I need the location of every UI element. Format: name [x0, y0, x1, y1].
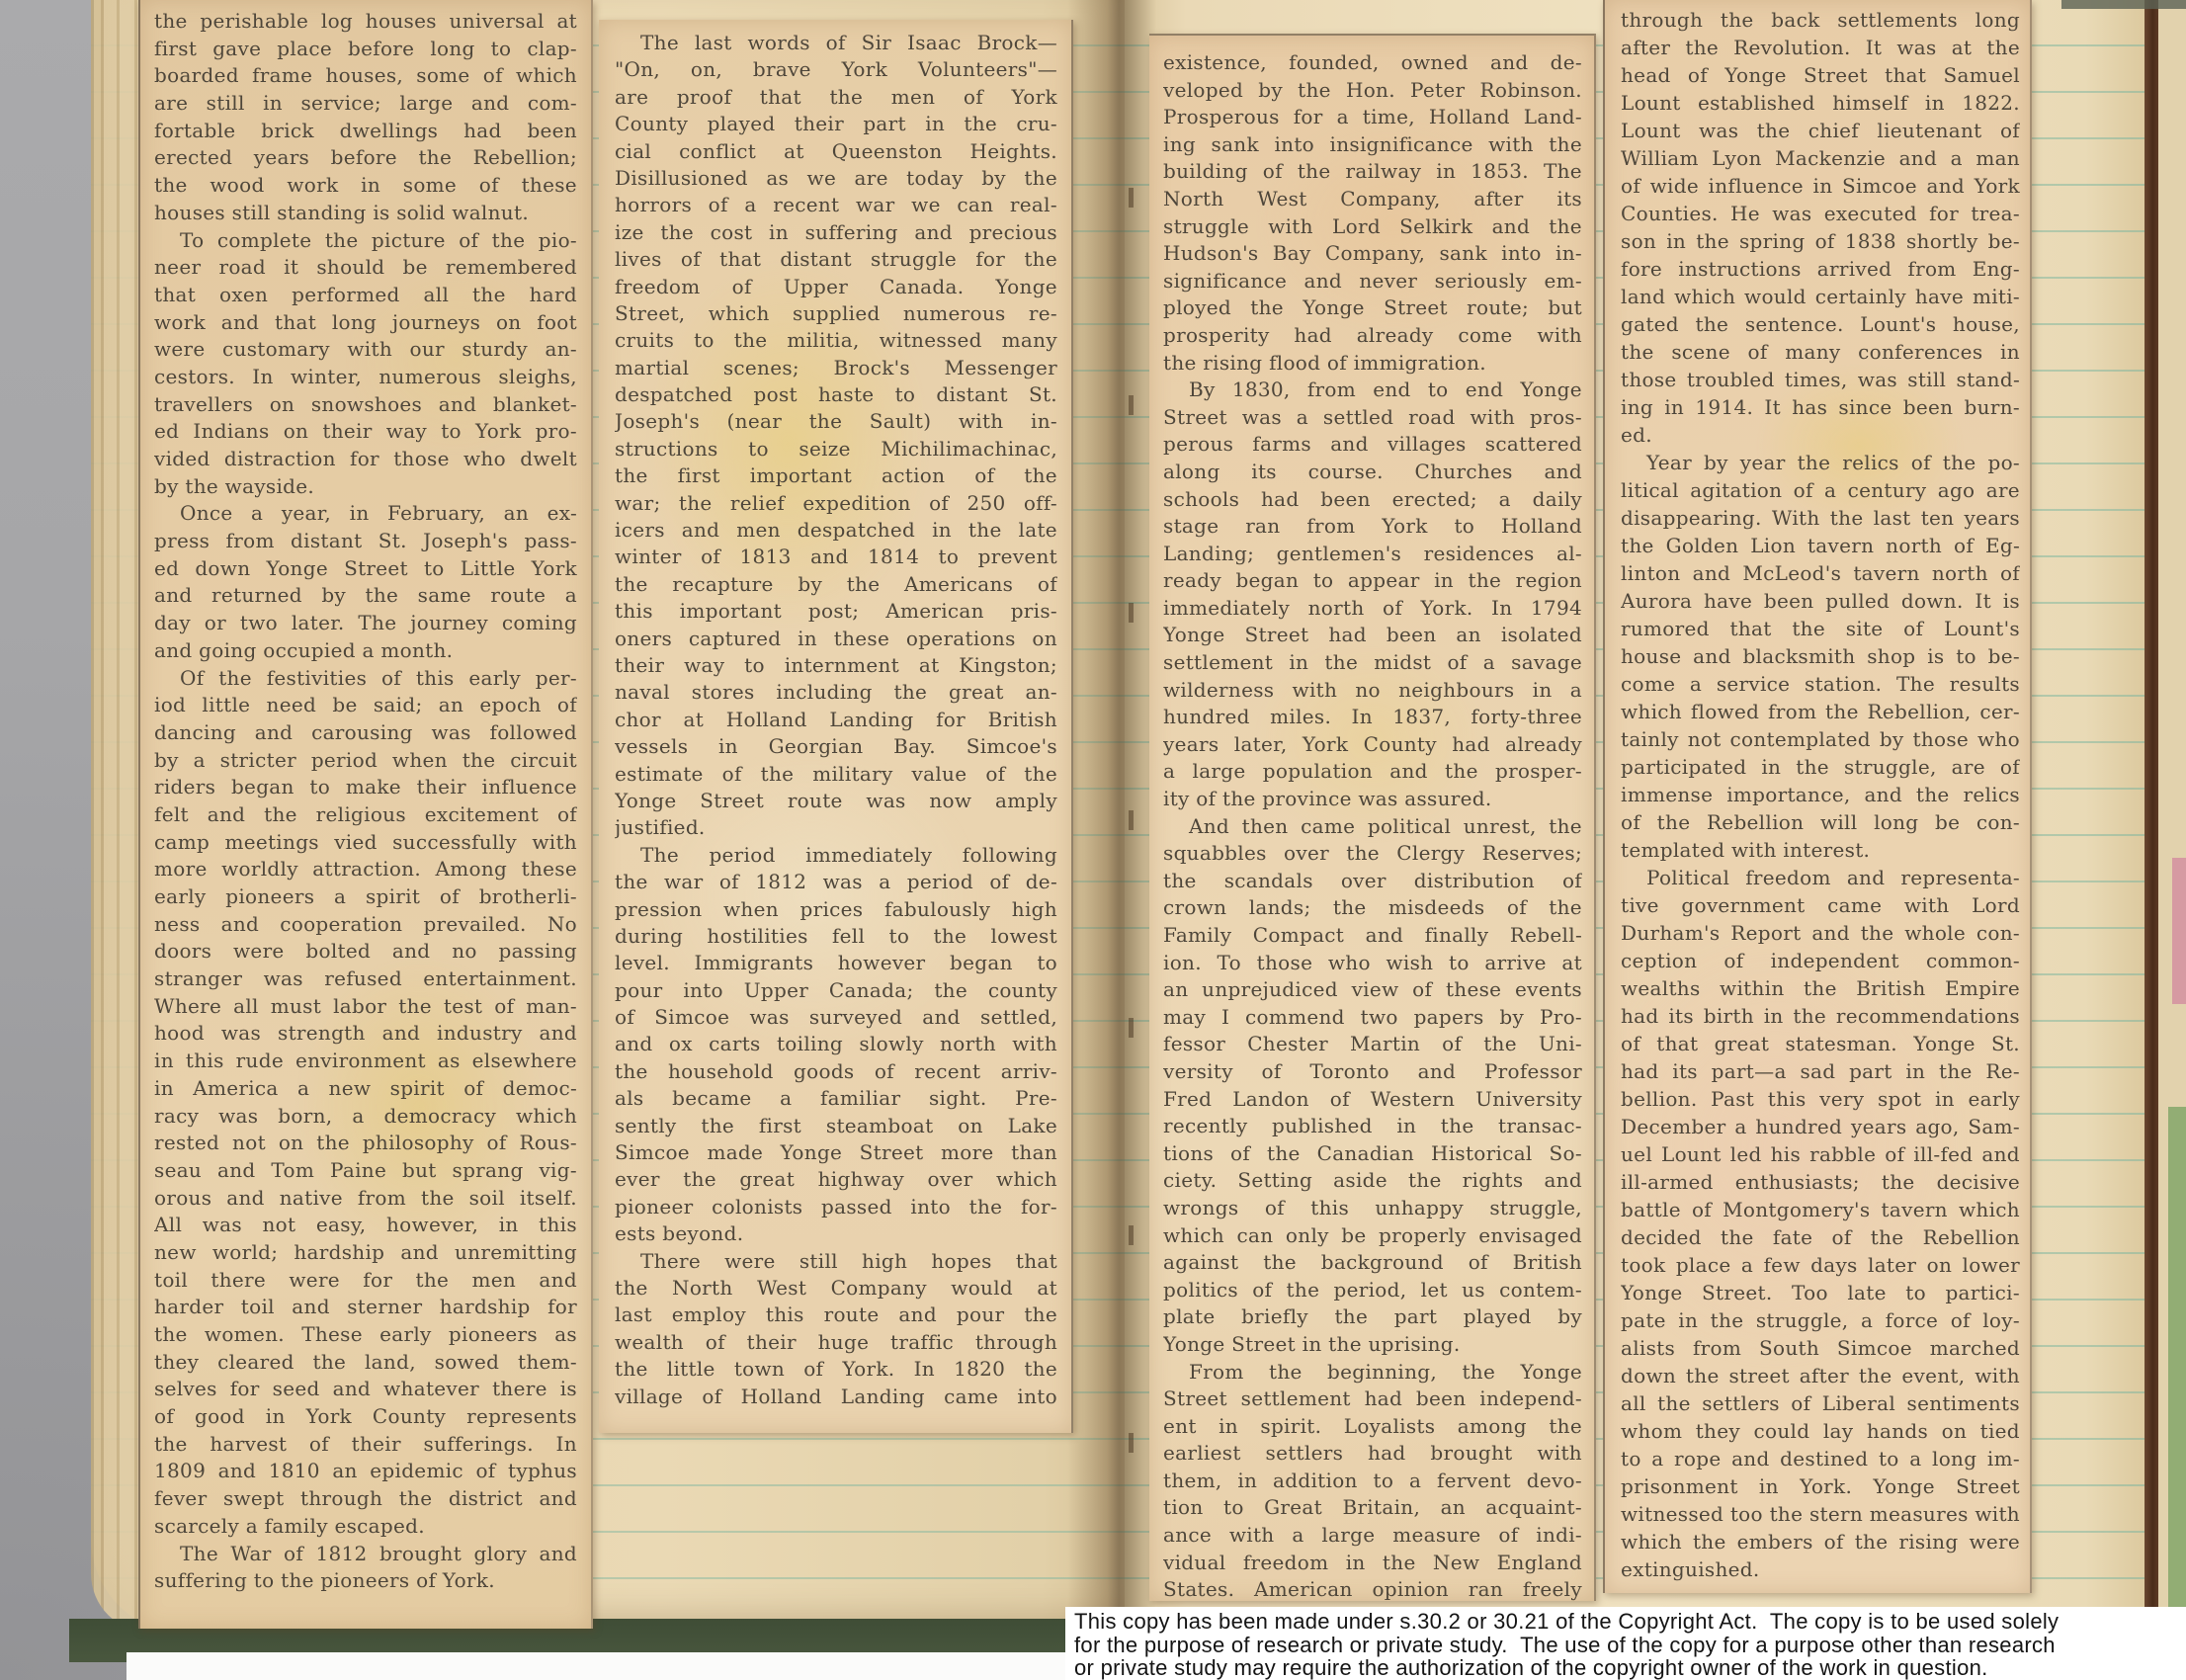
clipping-line: vesselsinGeorgianBay.Simcoe's [615, 733, 1057, 760]
clipping-line: pressfromdistantSt.Joseph'spass- [154, 528, 577, 555]
clipping-line: alargepopulationandtheprosper- [1163, 758, 1582, 786]
clipping-line: theperishableloghousesuniversalat [154, 8, 577, 36]
clipping-line: Countyplayedtheirpartinthecru- [615, 111, 1057, 137]
clipping-line: videddistractionforthosewhodwelt [154, 446, 577, 473]
clipping-line: hoodwasstrengthandindustryand [154, 1020, 577, 1048]
clipping-line: gatedthesentence.Lount'shouse, [1621, 310, 2020, 338]
clipping-line: Prosperousforatime,HollandLand- [1163, 104, 1582, 131]
clipping-line: Streetwasasettledroadwithpros- [1163, 404, 1582, 432]
clipping-line: tivegovernmentcamewithLord [1621, 891, 2020, 919]
clipping-line: Joseph's(neartheSault)within- [615, 408, 1057, 435]
clipping-line: moreworldlyattraction.Amongthese [154, 856, 577, 883]
clipping-line: landwhichwouldcertainlyhavemiti- [1621, 283, 2020, 310]
clipping-line: Onceayear,inFebruary,anex- [154, 500, 577, 528]
clipping-line: houseandblacksmithshopistobe- [1621, 642, 2020, 670]
clipping-line: toaropeanddestinedtoalongim- [1621, 1445, 2020, 1472]
clipping-line: pateinthestruggle,aforceofloy- [1621, 1306, 2020, 1334]
clipping-line: prisonmentinYork.YongeStreet [1621, 1472, 2020, 1500]
clipping-line: participatedinthestruggle,areof [1621, 753, 2020, 781]
clipping-line: villageofHollandLandingcameinto [615, 1384, 1057, 1410]
clipping-line: platebrieflythepartplayedby [1163, 1303, 1582, 1331]
clipping-line: ofthatgreatstatesman.YongeSt. [1621, 1030, 2020, 1057]
clipping-line: strugglewithLordSelkirkandthe [1163, 213, 1582, 241]
clipping-line: martialscenes;Brock'sMessenger [615, 355, 1057, 381]
copyright-notice: This copy has been made under s.30.2 or … [1065, 1607, 2186, 1680]
clipping-line: boardedframehouses,someofwhich [154, 62, 577, 90]
clipping-line: Counties.Hewasexecutedfortrea- [1621, 200, 2020, 227]
clipping-line: restednotonthephilosophyofRous- [154, 1130, 577, 1157]
clipping-line: duringhostilitiesfelltothelowest [615, 923, 1057, 950]
clipping-line: haditspart—asadpartintheRe- [1621, 1057, 2020, 1085]
clipping-line: YongeStreet.Toolatetopartici- [1621, 1279, 2020, 1306]
clipping-line: recentlypublishedinthetransac- [1163, 1113, 1582, 1140]
clipping-line: ed. [1621, 421, 2020, 449]
clipping-line: Yearbyyeartherelicsofthepo- [1621, 449, 2020, 476]
clipping-line: level.Immigrantshoweverbeganto [615, 950, 1057, 976]
clipping-line: Tocompletethepictureofthepio- [154, 227, 577, 255]
clipping-line: orousandnativefromthesoilitself. [154, 1185, 577, 1213]
clipping-line: anunprejudicedviewoftheseevents [1163, 976, 1582, 1004]
clipping-line: thisimportantpost;Americanpris- [615, 598, 1057, 625]
clipping-line: therecapturebytheAmericansof [615, 571, 1057, 598]
clipping-column-text: theperishableloghousesuniversalatfirstga… [154, 8, 577, 1595]
clipping-column-text: existence,founded,ownedandde-velopedbyth… [1163, 49, 1582, 1604]
clipping-line: mayIcommendtwopapersbyPro- [1163, 1004, 1582, 1032]
clipping-line: Disillusionedaswearetodaybythe [615, 165, 1057, 192]
clipping-line: inthisrudeenvironmentaselsewhere [154, 1048, 577, 1075]
clipping-line: edIndiansontheirwaytoYorkpro- [154, 418, 577, 446]
clipping-line: schoolshadbeenerected;adaily [1163, 486, 1582, 514]
clipping-line: navalstoresincludingthegreatan- [615, 679, 1057, 706]
clipping-line: Durham'sReportandthewholecon- [1621, 919, 2020, 947]
clipping-line: despatchedposthastetodistantSt. [615, 381, 1057, 408]
clipping-line: Therewerestillhighhopesthat [615, 1248, 1057, 1275]
clipping-line: Politicalfreedomandrepresenta- [1621, 864, 2020, 891]
clipping-line: pressionwhenpricesfabulouslyhigh [615, 896, 1057, 923]
clipping-line: houses still standing is solid walnut. [154, 200, 577, 227]
clipping-line: strangerwasrefusedentertainment. [154, 966, 577, 993]
clipping-line: immediatelynorthofYork.In1794 [1163, 595, 1582, 623]
clipping-line: stageranfromYorktoHolland [1163, 513, 1582, 541]
clipping-line: them,inadditiontoaferventdevo- [1163, 1468, 1582, 1495]
clipping-line: tiontoGreatBritain,anacquaint- [1163, 1494, 1582, 1522]
clipping-line: izethecostinsufferingandprecious [615, 219, 1057, 246]
clipping-line: tionsoftheCanadianHistoricalSo- [1163, 1140, 1582, 1168]
clipping-line: ceptionofindependentcommon- [1621, 947, 2020, 974]
scanner-white-strip [126, 1652, 1067, 1680]
clipping-line: Whereallmustlaborthetestofman- [154, 993, 577, 1021]
clipping-line: winterof1813and1814toprevent [615, 544, 1057, 570]
clipping-line: cestors.Inwinter,numeroussleighs, [154, 364, 577, 391]
clipping-line: theGoldenLiontavernnorthofEg- [1621, 532, 2020, 559]
clipping-line: wrongsofthisunhappystruggle, [1163, 1195, 1582, 1222]
clipping-line: whichcanonlybeproperlyenvisaged [1163, 1222, 1582, 1250]
newspaper-clipping-column-1: theperishableloghousesuniversalatfirstga… [138, 0, 593, 1629]
clipping-column-text: throughthebacksettlementslongaftertheRev… [1621, 6, 2020, 1583]
clipping-line: witnessedtoothesternmeasureswith [1621, 1500, 2020, 1528]
clipping-line: entinspirit.Loyalistsamongthe [1163, 1413, 1582, 1441]
clipping-line: structionstoseizeMichilimachinac, [615, 436, 1057, 462]
clipping-line: doorswereboltedandnopassing [154, 938, 577, 966]
clipping-line: comeaservicestation.Theresults [1621, 670, 2020, 698]
clipping-line: andoxcartstoilingslowlynorthwith [615, 1031, 1057, 1057]
clipping-line: ancewithalargemeasureofindi- [1163, 1522, 1582, 1550]
pink-insert-edge [2172, 858, 2186, 1004]
clipping-line: ThelastwordsofSirIsaacBrock— [615, 30, 1057, 56]
clipping-line: icersandmendespatchedinthelate [615, 517, 1057, 544]
copyright-line: This copy has been made under s.30.2 or … [1074, 1610, 2186, 1634]
clipping-line: perousfarmsandvillagesscattered [1163, 431, 1582, 459]
clipping-line: justified. [615, 814, 1057, 841]
clipping-line: earlypioneersaspiritofbrotherli- [154, 883, 577, 911]
clipping-line: neerroaditshouldberemembered [154, 254, 577, 282]
top-edge-shadow [2061, 0, 2186, 9]
clipping-line: throughthebacksettlementslong [1621, 6, 2020, 34]
clipping-line: whichtheembersoftherisingwere [1621, 1528, 2020, 1555]
newspaper-clipping-column-3: existence,founded,ownedandde-velopedbyth… [1149, 34, 1596, 1601]
clipping-line: WilliamLyonMackenzieandaman [1621, 144, 2020, 172]
book-spine-edge-strip [2144, 0, 2158, 1680]
clipping-line: Decemberahundredyearsago,Sam- [1621, 1113, 2020, 1140]
clipping-line: Allwasnoteasy,however,inthis [154, 1212, 577, 1239]
clipping-line: selvesforseedandwhateverthereis [154, 1376, 577, 1403]
clipping-line: existence,founded,ownedandde- [1163, 49, 1582, 77]
clipping-line: Lountwasthechieflieutenantof [1621, 117, 2020, 144]
clipping-line: racywasborn,ademocracywhich [154, 1103, 577, 1131]
clipping-line: squabblesovertheClergyReserves; [1163, 840, 1582, 868]
clipping-line: ciety.Settingasidetherightsand [1163, 1167, 1582, 1195]
clipping-line: ion.Tothosewhowishtoarriveat [1163, 950, 1582, 977]
clipping-line: 1809and1810anepidemicoftyphus [154, 1458, 577, 1485]
clipping-line: whichflowedfromtheRebellion,cer- [1621, 698, 2020, 725]
clipping-line: oftheRebellionwilllongbecon- [1621, 808, 2020, 836]
clipping-line: prosperityhadalreadycomewith [1163, 322, 1582, 350]
clipping-line: buildingoftherailwayin1853.The [1163, 158, 1582, 186]
clipping-line: hardertoilandsternerhardshipfor [154, 1294, 577, 1321]
clipping-line: werecustomarywithoursturdyan- [154, 336, 577, 364]
clipping-line: politicsoftheperiod,letuscontem- [1163, 1277, 1582, 1304]
clipping-line: crownlands;themisdeedsofthe [1163, 894, 1582, 922]
clipping-line: horrorsofarecentwarwecanreal- [615, 192, 1057, 218]
clipping-line: everthegreathighwayoverwhich [615, 1166, 1057, 1193]
clipping-line: soninthespringof1838shortlybe- [1621, 227, 2020, 255]
clipping-line: thescandalsoverdistributionof [1163, 868, 1582, 895]
clipping-line: pioneercolonistspassedintothefor- [615, 1194, 1057, 1220]
clipping-line: campmeetingsviedsuccessfullywith [154, 829, 577, 857]
clipping-line: States.Americanopinionranfreely [1163, 1576, 1582, 1604]
clipping-line: againstthebackgroundofBritish [1163, 1249, 1582, 1277]
clipping-line: wealthoftheirhugetrafficthrough [615, 1329, 1057, 1356]
clipping-line: versityofTorontoandProfessor [1163, 1058, 1582, 1086]
clipping-line: headofYongeStreetthatSamuel [1621, 61, 2020, 89]
clipping-line: iodlittleneedbesaid;anepochof [154, 692, 577, 719]
clipping-column-text: ThelastwordsofSirIsaacBrock—"On,on,brave… [615, 30, 1057, 1410]
clipping-line: yearslater,YorkCountyhadalready [1163, 731, 1582, 759]
clipping-line: thefirstimportantactionofthe [615, 462, 1057, 489]
clipping-line: velopedbytheHon.PeterRobinson. [1163, 77, 1582, 105]
clipping-line: YongeStreetroutewasnowamply [615, 788, 1057, 814]
clipping-line: ofwideinfluenceinSimcoeandYork [1621, 172, 2020, 200]
clipping-line: workandthatlongjourneysonfoot [154, 309, 577, 337]
clipping-line: Street,whichsuppliednumerousre- [615, 300, 1057, 327]
book-gutter-shadow [1067, 0, 1156, 1680]
clipping-line: thewarof1812wasaperiodofde- [615, 869, 1057, 895]
clipping-line: extinguished. [1621, 1555, 2020, 1583]
clipping-line: decidedthefateoftheRebellion [1621, 1223, 2020, 1251]
clipping-line: ridersbegantomaketheirinfluence [154, 774, 577, 801]
clipping-line: onerscapturedintheseoperationson [615, 626, 1057, 652]
clipping-line: sentlythefirststeamboatonLake [615, 1113, 1057, 1139]
clipping-line: fessorChesterMartinoftheUni- [1163, 1031, 1582, 1058]
clipping-line: seauandTomPainebutsprangvig- [154, 1157, 577, 1185]
clipping-line: wildernesswithnoneighboursina [1163, 677, 1582, 705]
clipping-line: foreinstructionsarrivedfromEng- [1621, 255, 2020, 283]
clipping-line: thosetroubledtimes,wasstillstand- [1621, 366, 2020, 393]
clipping-line: haditsbirthintherecommendations [1621, 1002, 2020, 1030]
clipping-line: thatoxenperformedallthehard [154, 282, 577, 309]
clipping-line: FamilyCompactandfinallyRebell- [1163, 922, 1582, 950]
clipping-line: dancingandcarousingwasfollowed [154, 719, 577, 747]
clipping-line: ests beyond. [615, 1220, 1057, 1247]
clipping-line: newworld;hardshipandunremitting [154, 1239, 577, 1267]
clipping-line: cruitstothemilitia,witnessedmany [615, 327, 1057, 354]
clipping-line: pourintoUpperCanada;thecounty [615, 977, 1057, 1004]
clipping-line: FredLandonofWesternUniversity [1163, 1086, 1582, 1114]
clipping-line: the rising flood of immigration. [1163, 350, 1582, 378]
clipping-line: Hudson'sBayCompany,sankintoin- [1163, 240, 1582, 268]
clipping-line: By1830,fromendtoendYonge [1163, 377, 1582, 404]
clipping-line: cialconflictatQueenstonHeights. [615, 138, 1057, 165]
clipping-line: feversweptthroughthedistrictand [154, 1485, 577, 1513]
scanned-scrapbook-page: { "document": { "columns": [ { "id": "co… [0, 0, 2186, 1680]
clipping-line: theNorthWestCompanywouldat [615, 1275, 1057, 1302]
newspaper-clipping-column-2: ThelastwordsofSirIsaacBrock—"On,on,brave… [599, 20, 1073, 1433]
clipping-line: uelLountledhisrabbleofill-fedand [1621, 1140, 2020, 1168]
clipping-line: nessandcooperationprevailed.No [154, 911, 577, 939]
clipping-line: dayortwolater.Thejourneycoming [154, 610, 577, 637]
clipping-line: by the wayside. [154, 473, 577, 501]
clipping-line: aftertheRevolution.Itwasatthe [1621, 34, 2020, 61]
clipping-line: ofgoodinYorkCountyrepresents [154, 1403, 577, 1431]
green-cover-edge [2168, 1107, 2186, 1680]
clipping-line: Yonge Street in the uprising. [1163, 1331, 1582, 1359]
clipping-line: allthesettlersofLiberalsentiments [1621, 1389, 2020, 1417]
clipping-line: byastricterperiodwhenthecircuit [154, 747, 577, 775]
clipping-line: war;thereliefexpeditionof250off- [615, 490, 1057, 517]
clipping-line: thesceneofmanyconferencesin [1621, 338, 2020, 366]
clipping-line: alsbecameafamiliarsight.Pre- [615, 1085, 1057, 1112]
clipping-line: erectedyearsbeforetheRebellion; [154, 144, 577, 172]
clipping-line: "On,on,braveYorkVolunteers"— [615, 56, 1057, 83]
clipping-line: lastemploythisrouteandpourthe [615, 1302, 1057, 1328]
clipping-line: YongeStreethadbeenanisolated [1163, 622, 1582, 649]
clipping-line: ity of the province was assured. [1163, 786, 1582, 813]
clipping-line: TheWarof1812broughtgloryand [154, 1541, 577, 1568]
clipping-line: areproofthatthemenofYork [615, 84, 1057, 111]
clipping-line: thewomen.Theseearlypioneersas [154, 1321, 577, 1349]
clipping-line: SimcoemadeYongeStreetmorethan [615, 1139, 1057, 1166]
clipping-line: readybegantoappearintheregion [1163, 567, 1582, 595]
clipping-line: templated with interest. [1621, 836, 2020, 864]
clipping-line: tookplaceafewdayslateronlower [1621, 1251, 2020, 1279]
clipping-line: immenseimportance,andtherelics [1621, 781, 2020, 808]
clipping-line: hundredmiles.In1837,forty-three [1163, 704, 1582, 731]
clipping-line: inAmericaanewspiritofdemoc- [154, 1075, 577, 1103]
clipping-line: toiltherewereforthemenand [154, 1267, 577, 1295]
clipping-line: Aurorahavebeenpulleddown.Itis [1621, 587, 2020, 615]
clipping-line: livesofthatdistantstruggleforthe [615, 246, 1057, 273]
clipping-line: thehouseholdgoodsofrecentarriv- [615, 1058, 1057, 1085]
copyright-line: for the purpose of research or private s… [1074, 1634, 2186, 1657]
copyright-line: or private study may require the authori… [1074, 1656, 2186, 1680]
clipping-line: Lountestablishedhimselfin1822. [1621, 89, 2020, 117]
clipping-line: liticalagitationofacenturyagoare [1621, 476, 2020, 504]
clipping-line: ployedtheYongeStreetroute;but [1163, 294, 1582, 322]
clipping-line: suffering to the pioneers of York. [154, 1567, 577, 1595]
clipping-line: bellion.Pastthisveryspotinearly [1621, 1085, 2020, 1113]
clipping-line: lintonandMcLeod'stavernnorthof [1621, 559, 2020, 587]
clipping-line: Andthencamepoliticalunrest,the [1163, 813, 1582, 841]
clipping-line: ofSimcoewassurveyedandsettled, [615, 1004, 1057, 1031]
clipping-line: firstgaveplacebeforelongtoclap- [154, 36, 577, 63]
clipping-line: theirwaytointernmentatKingston; [615, 652, 1057, 679]
clipping-line: thelittletownofYork.In1820the [615, 1356, 1057, 1383]
clipping-line: vidualfreedomintheNewEngland [1163, 1550, 1582, 1577]
clipping-line: Landing;gentlemen'sresidencesal- [1163, 541, 1582, 568]
clipping-line: downthestreetaftertheevent,with [1621, 1362, 2020, 1389]
clipping-line: Ofthefestivitiesofthisearlyper- [154, 665, 577, 693]
clipping-line: Fromthebeginning,theYonge [1163, 1359, 1582, 1386]
clipping-line: theyclearedtheland,sowedthem- [154, 1349, 577, 1377]
clipping-line: NorthWestCompany,afterits [1163, 186, 1582, 213]
clipping-line: estimateofthemilitaryvalueofthe [615, 761, 1057, 788]
clipping-line: alistsfromSouthSimcoemarched [1621, 1334, 2020, 1362]
clipping-line: significanceandneverseriouslyem- [1163, 268, 1582, 295]
clipping-line: ill-armedenthusiasts;thedecisive [1621, 1168, 2020, 1196]
clipping-line: battleofMontgomery'stavernwhich [1621, 1196, 2020, 1223]
clipping-line: disappearing.Withthelasttenyears [1621, 504, 2020, 532]
clipping-line: andreturnedbythesameroutea [154, 582, 577, 610]
clipping-line: choratHollandLandingforBritish [615, 707, 1057, 733]
clipping-line: ingsankintoinsignificancewiththe [1163, 131, 1582, 159]
newspaper-clipping-column-4: throughthebacksettlementslongaftertheRev… [1603, 0, 2032, 1593]
clipping-line: Theperiodimmediatelyfollowing [615, 842, 1057, 869]
clipping-line: fortablebrickdwellingshadbeen [154, 118, 577, 145]
clipping-line: Streetsettlementhadbeenindepend- [1163, 1386, 1582, 1413]
binding-stitches [1129, 0, 1134, 1680]
clipping-line: theharvestoftheirsufferings.In [154, 1431, 577, 1459]
clipping-line: arestillinservice;largeandcom- [154, 90, 577, 118]
clipping-line: and going occupied a month. [154, 637, 577, 665]
clipping-line: settlementinthemidstofasavage [1163, 649, 1582, 677]
clipping-line: scarcely a family escaped. [154, 1513, 577, 1541]
clipping-line: thewoodworkinsomeofthese [154, 172, 577, 200]
clipping-line: earliestsettlershadbroughtwith [1163, 1440, 1582, 1468]
clipping-line: feltandthereligiousexcitementof [154, 801, 577, 829]
clipping-line: tainlynotcontemplatedbythosewho [1621, 725, 2020, 753]
clipping-line: eddownYongeStreettoLittleYork [154, 555, 577, 583]
clipping-line: wealthswithintheBritishEmpire [1621, 974, 2020, 1002]
clipping-line: rumoredthatthesiteofLount's [1621, 615, 2020, 642]
clipping-line: freedomofUpperCanada.Yonge [615, 274, 1057, 300]
clipping-line: whomtheycouldlayhandsontied [1621, 1417, 2020, 1445]
clipping-line: travellersonsnowshoesandblanket- [154, 391, 577, 419]
clipping-line: ingin1914.Ithassincebeenburn- [1621, 393, 2020, 421]
clipping-line: alongitscourse.Churchesand [1163, 459, 1582, 486]
